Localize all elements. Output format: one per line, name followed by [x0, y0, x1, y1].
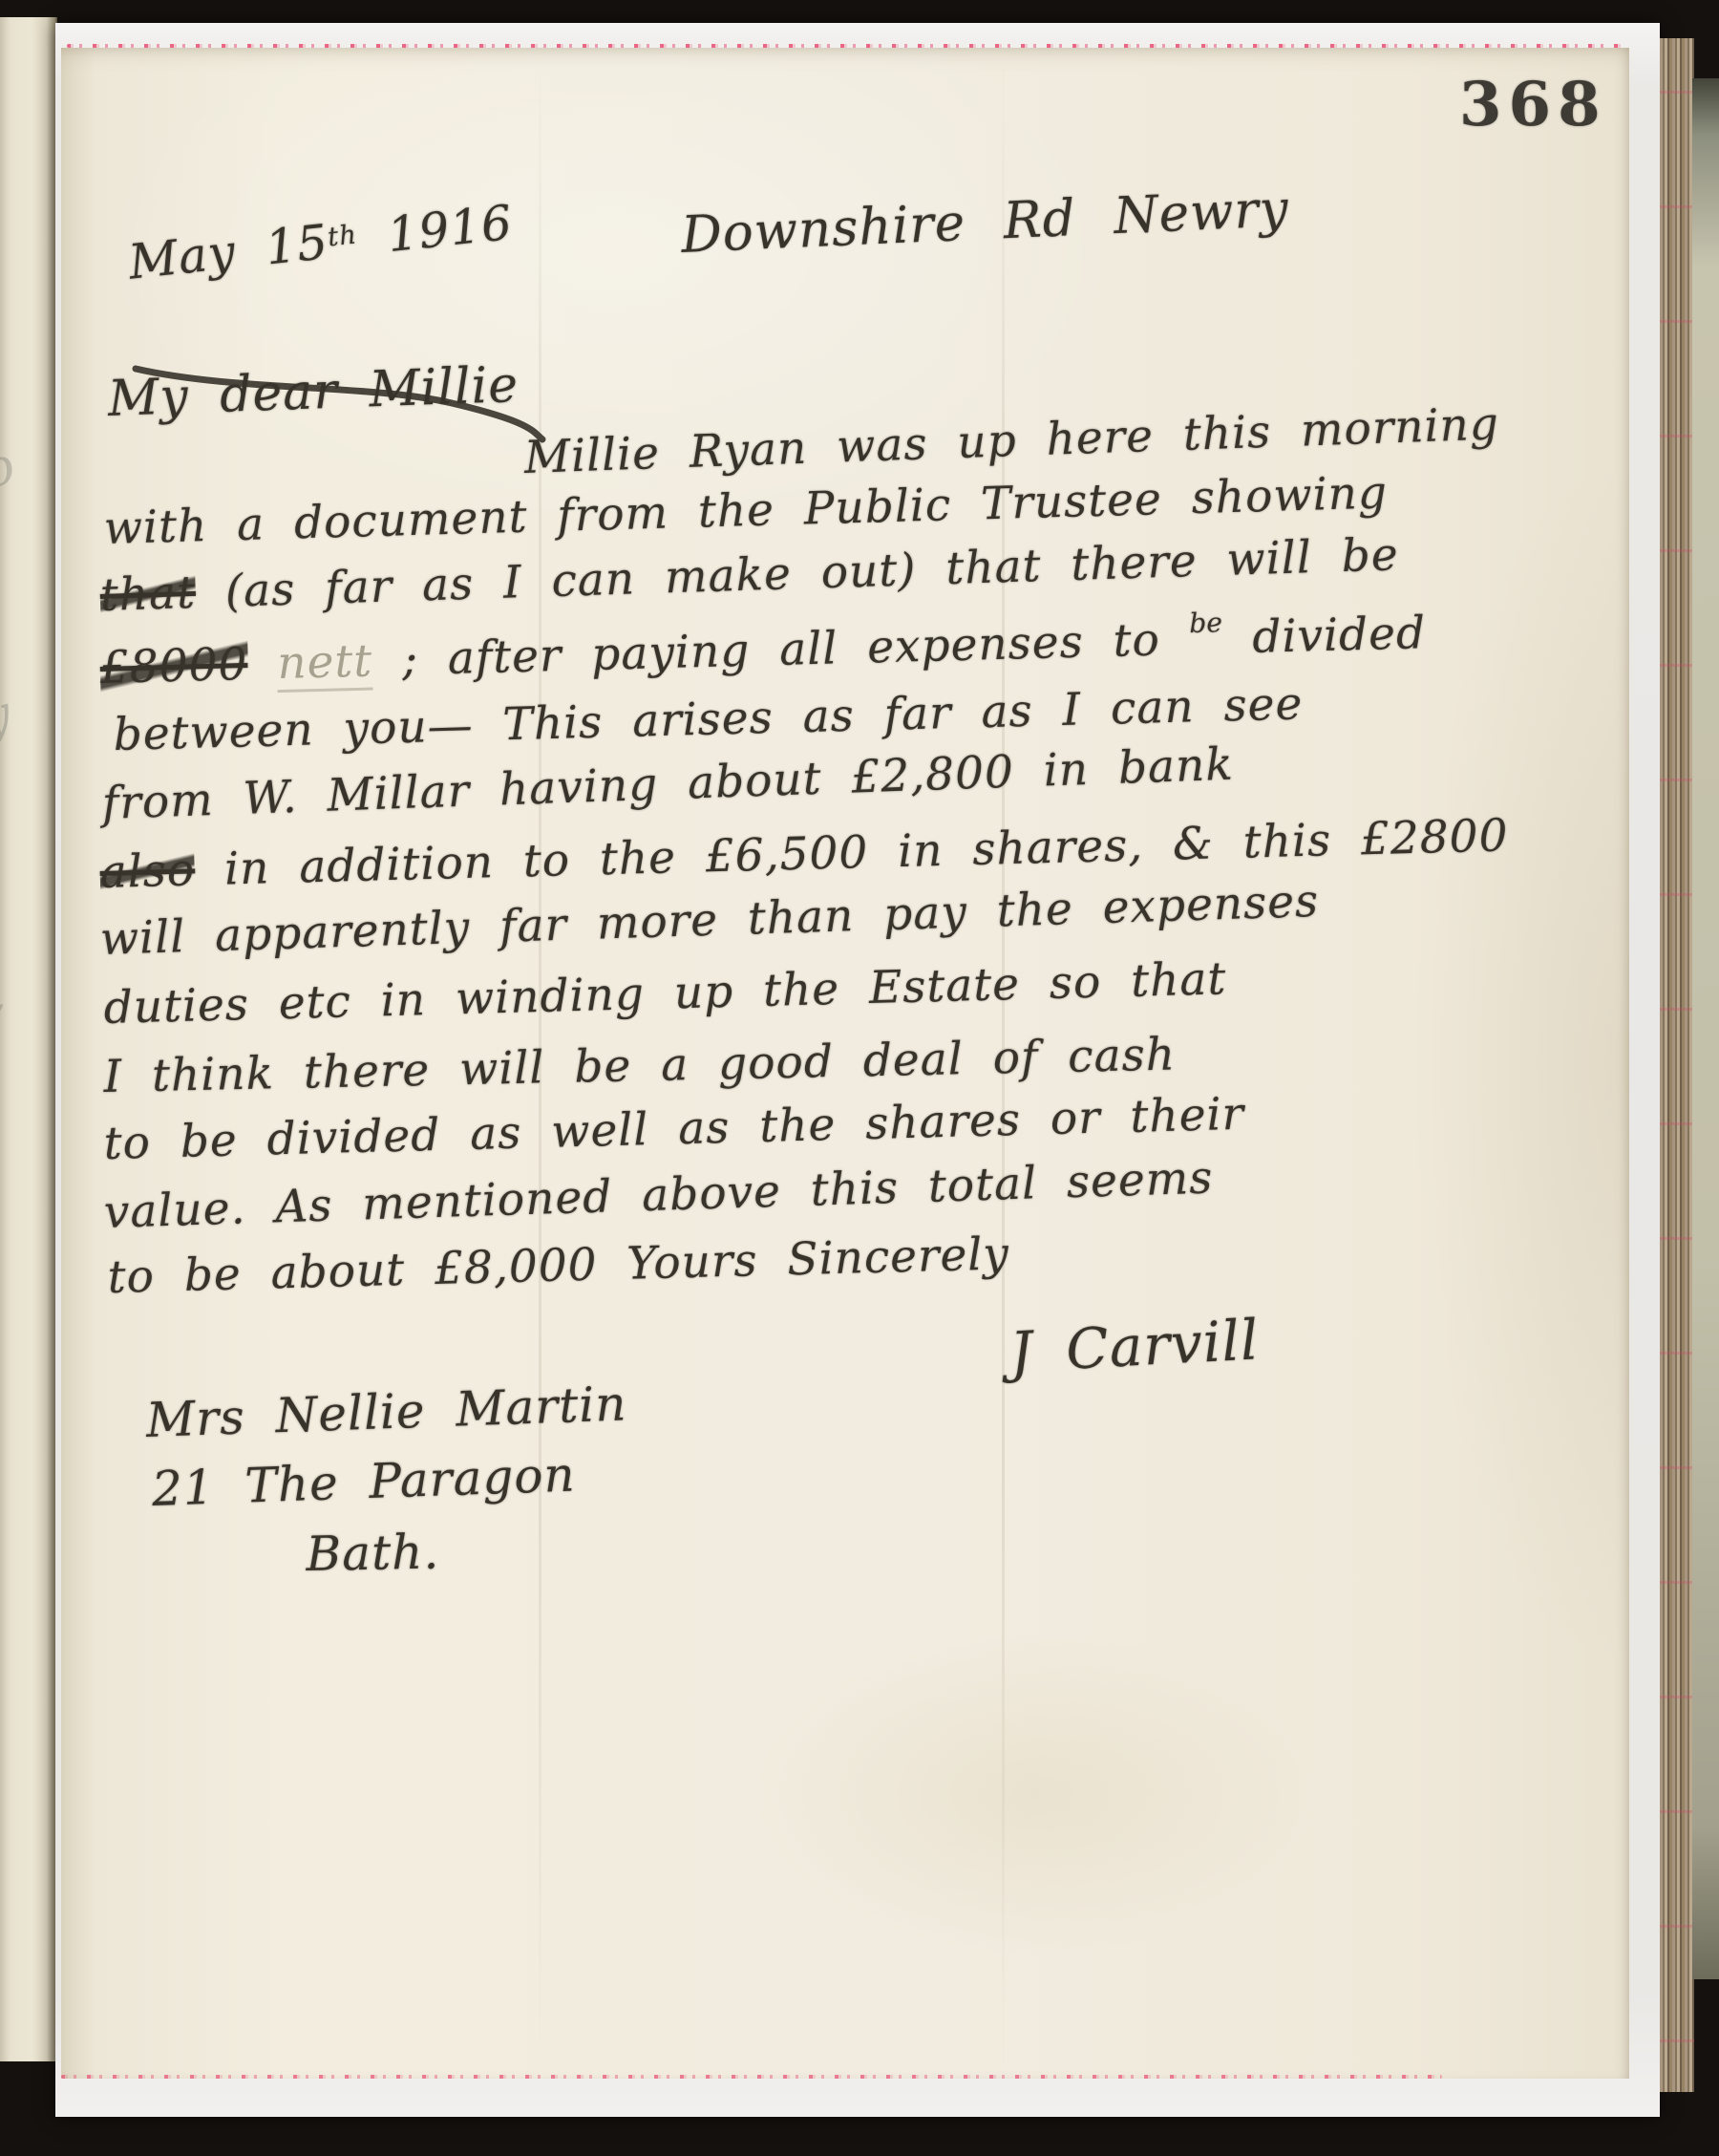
inserted-word: be	[1189, 607, 1223, 639]
scanned-letter-page: o y , 368 May 15th 1916 Downshire Rd New…	[0, 0, 1719, 2156]
ink-showthrough-mark: y	[0, 683, 17, 749]
facing-page-edge: o y ,	[0, 17, 57, 2061]
signature: J Carvill	[1008, 1307, 1261, 1385]
album-red-rule-bottom	[61, 2075, 1442, 2079]
page-number: 368	[1459, 69, 1607, 140]
book-fore-edge	[1660, 38, 1694, 2092]
ink-showthrough-mark: o	[0, 435, 21, 501]
recipient-city: Bath.	[306, 1525, 440, 1582]
ink-showthrough-mark: ,	[0, 981, 8, 1015]
faint-correction: nett	[277, 634, 373, 693]
struck-word: that	[99, 566, 197, 622]
struck-amount: £8000	[99, 638, 248, 694]
struck-word: also	[99, 843, 196, 899]
underlying-page-edge	[1692, 78, 1719, 1979]
album-red-rule-top	[67, 44, 1622, 48]
